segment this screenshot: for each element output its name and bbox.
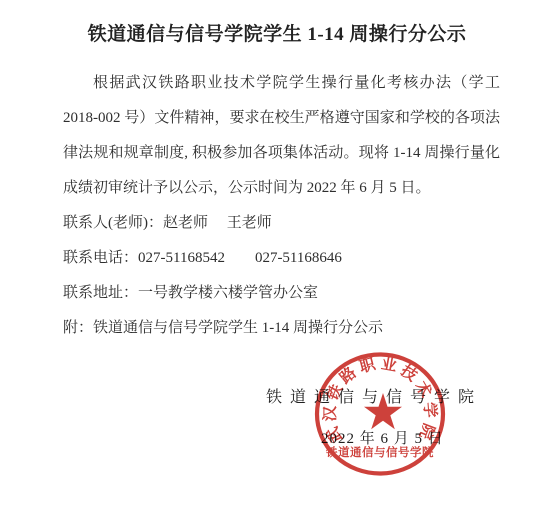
contact-address-line: 联系地址：一号教学楼六楼学管办公室 [63, 276, 500, 311]
seal-star-icon [364, 393, 402, 429]
paragraph-line-3: 律法规和规章制度, 积极参加各项集体活动。现将 1-14 周操行量化 [63, 136, 500, 171]
official-seal: 武汉铁路职业技术学院 铁道通信与信号学院 [313, 351, 447, 477]
document-body: 根据武汉铁路职业技术学院学生操行量化考核办法（学工 2018-002 号）文件精… [63, 66, 500, 346]
contact-phone-line: 联系电话：027-51168542 027-51168646 [63, 241, 500, 276]
paragraph-line-4: 成绩初审统计予以公示，公示时间为 2022 年 6 月 5 日。 [63, 171, 500, 206]
seal-banner-text: 铁道通信与信号学院 [325, 445, 434, 459]
attachment-line: 附：铁道通信与信号学院学生 1-14 周操行分公示 [63, 311, 500, 346]
paragraph-line-1: 根据武汉铁路职业技术学院学生操行量化考核办法（学工 [63, 66, 500, 101]
document-page: 铁道通信与信号学院学生 1-14 周操行分公示 根据武汉铁路职业技术学院学生操行… [0, 0, 554, 528]
document-title: 铁道通信与信号学院学生 1-14 周操行分公示 [0, 21, 554, 48]
paragraph-line-2: 2018-002 号）文件精神，要求在校生严格遵守国家和学校的各项法 [63, 101, 500, 136]
contact-person-line: 联系人(老师)：赵老师 王老师 [63, 206, 500, 241]
